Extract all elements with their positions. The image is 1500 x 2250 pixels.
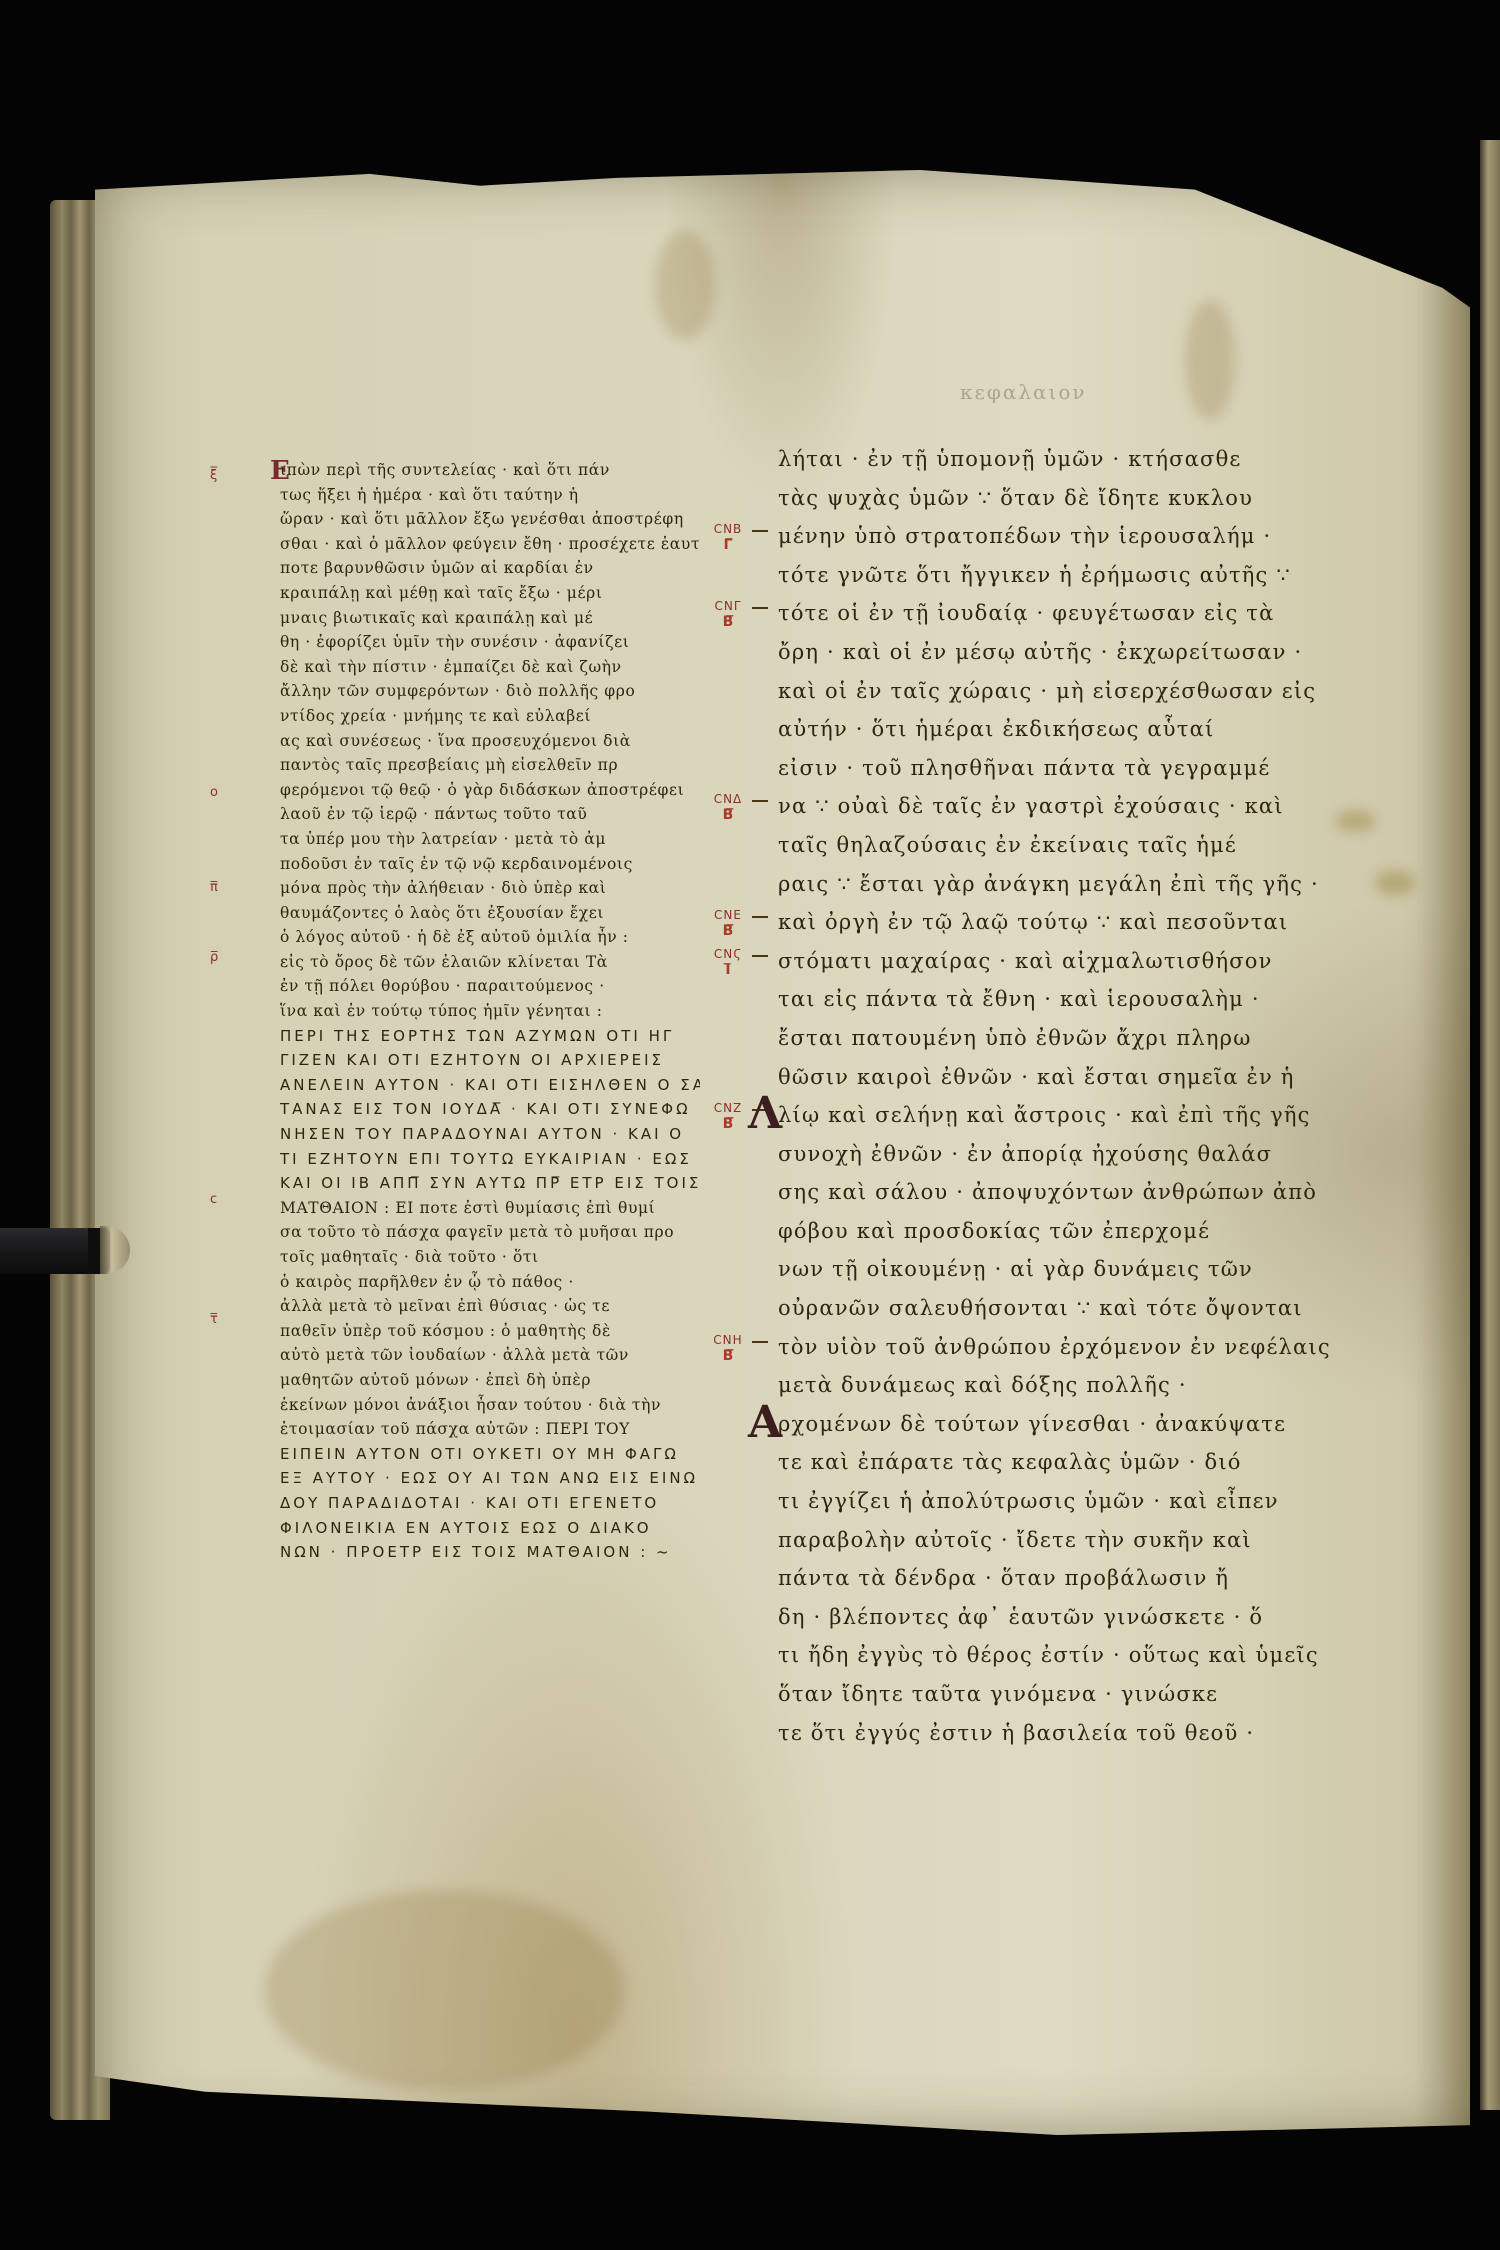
text-line: ΝΩΝ · ΠΡΟΕΤΡ ΕΙΣ ΤΟΙΣ ΜΑΤΘΑΙΟΝ : ~	[280, 1540, 700, 1565]
text-line: θαυμάζοντες ὁ λαὸς ὅτι ἐξουσίαν ἔχει	[280, 901, 700, 926]
text-line: μόνα πρὸς τὴν ἀλήθειαν · διὸ ὑπὲρ καὶ	[280, 876, 700, 901]
text-line: ἑτοιμασίαν τοῦ πάσχα αὐτῶν : ΠΕΡΙ ΤΟΥ	[280, 1417, 700, 1442]
section-number: ϹΝΒ	[708, 521, 748, 537]
text-line: ποδοῦσι ἐν ταῖς ἐν τῷ νῷ κερδαινομένοις	[280, 852, 700, 877]
text-line: ἐκείνων μόνοι ἀνάξιοι ἦσαν τούτου · διὰ …	[280, 1393, 700, 1418]
text-line: παντὸς ταῖς πρεσβείαις μὴ εἰσελθεῖν πρ	[280, 753, 700, 778]
margin-mark: ο	[210, 785, 218, 800]
text-line: παθεῖν ὑπὲρ τοῦ κόσμου : ὁ μαθητὴς δὲ	[280, 1319, 700, 1344]
text-line: ὥραν · καὶ ὅτι μᾶλλον ἔξω γενέσθαι ἀποστ…	[280, 507, 700, 532]
text-line: καὶ ὀργὴ ἐν τῷ λαῷ τούτῳ ∵ καὶ πεσοῦνται	[778, 903, 1378, 942]
eusebian-canon-note: ϹΝΒΓ̅	[708, 521, 748, 553]
text-line: ΓΙΖΕΝ ΚΑΙ ΟΤΙ ΕΖΗΤΟΥΝ ΟΙ ΑΡΧΙΕΡΕΙΣ	[280, 1048, 700, 1073]
text-line: ΝΗΣΕΝ ΤΟΥ ΠΑΡΑΔΟΥΝΑΙ ΑΥΤΟΝ · ΚΑΙ Ο	[280, 1122, 700, 1147]
text-line: ἀλλὰ μετὰ τὸ μεῖναι ἐπὶ θύσιας · ὡς τε	[280, 1294, 700, 1319]
text-line: ὄρη · καὶ οἱ ἐν μέσῳ αὐτῆς · ἐκχωρείτωσα…	[778, 633, 1378, 672]
text-line: σα τοῦτο τὸ πάσχα φαγεῖν μετὰ τὸ μυῆσαι …	[280, 1220, 700, 1245]
text-line: τα ὑπέρ μου τὴν λατρείαν · μετὰ τὸ ἀμ	[280, 827, 700, 852]
text-line: ἄλλην τῶν συμφερόντων · διὸ πολλῆς φρο	[280, 679, 700, 704]
text-line: τε ὅτι ἐγγύς ἐστιν ἡ βασιλεία τοῦ θεοῦ ·	[778, 1714, 1378, 1753]
text-line: ΜΑΤΘΑΙΟΝ : ΕΙ ποτε ἐστὶ θυμίασις ἐπὶ θυμ…	[280, 1196, 700, 1221]
section-marker-dash	[752, 955, 768, 957]
text-line: τε καὶ ἐπάρατε τὰς κεφαλὰς ὑμῶν · διό	[778, 1443, 1378, 1482]
section-number: ϹΝΔ	[708, 791, 748, 807]
text-line: τότε οἱ ἐν τῇ ἰουδαίᾳ · φευγέτωσαν εἰς τ…	[778, 594, 1378, 633]
text-line: κραιπάλῃ καὶ μέθῃ καὶ ταῖς ἔξω · μέρι	[280, 581, 700, 606]
margin-mark: τ̅	[210, 1312, 218, 1327]
text-line: ΠΕΡΙ ΤΗΣ ΕΟΡΤΗΣ ΤΩΝ ΑΖΥΜΩΝ ΟΤΙ ΗΓ	[280, 1024, 700, 1049]
margin-mark: ρ̅	[210, 950, 218, 965]
text-line: ας καὶ συνέσεως · ἵνα προσευχόμενοι διὰ	[280, 729, 700, 754]
text-line: ΤΙ ΕΖΗΤΟΥΝ ΕΠΙ ΤΟΥΤΩ ΕΥΚΑΙΡΙΑΝ · ΕΩΣ	[280, 1147, 700, 1172]
text-line: ἔσται πατουμένη ὑπὸ ἐθνῶν ἄχρι πληρω	[778, 1019, 1378, 1058]
text-line: λίῳ καὶ σελήνῃ καὶ ἄστροις · καὶ ἐπὶ τῆς…	[778, 1096, 1378, 1135]
eusebian-canon-note: ϹΝΖΒ̅	[708, 1100, 748, 1132]
text-line: δη · βλέποντες ἀφ᾽ ἑαυτῶν γινώσκετε · ὅ	[778, 1598, 1378, 1637]
section-number: ϹΝΕ	[708, 907, 748, 923]
text-line: θη · ἐφορίζει ὑμῖν τὴν συνέσιν · ἀφανίζε…	[280, 630, 700, 655]
margin-mark: ξ̅	[210, 468, 217, 483]
text-line: τι ἐγγίζει ἡ ἀπολύτρωσις ὑμῶν · καὶ εἶπε…	[778, 1482, 1378, 1521]
canon-number: Γ̅	[708, 537, 748, 553]
section-marker-dash	[752, 800, 768, 802]
text-line: ιπὼν περὶ τῆς συντελείας · καὶ ὅτι πάν	[280, 458, 700, 483]
text-line: αὐτὸ μετὰ τῶν ἰουδαίων · ἀλλὰ μετὰ τῶν	[280, 1343, 700, 1368]
stain	[655, 230, 715, 340]
margin-mark: ϲ	[210, 1192, 217, 1207]
text-line: ταῖς θηλαζούσαις ἐν ἐκείναις ταῖς ἡμέ	[778, 826, 1378, 865]
stain	[1375, 870, 1415, 896]
text-line: πάντα τὰ δένδρα · ὅταν προβάλωσιν ἤ	[778, 1559, 1378, 1598]
canon-number: Β̅	[708, 1116, 748, 1132]
text-line: εἰς τὸ ὄρος δὲ τῶν ἐλαιῶν κλίνεται Τὰ	[280, 950, 700, 975]
canon-number: Ι̅	[708, 962, 748, 978]
canon-number: Β̅	[708, 807, 748, 823]
text-line: τι ἤδη ἐγγὺς τὸ θέρος ἐστίν · οὕτως καὶ …	[778, 1636, 1378, 1675]
canon-number: Β̅	[708, 614, 748, 630]
stain	[1185, 300, 1235, 420]
text-line: τὸν υἱὸν τοῦ ἀνθρώπου ἐρχόμενον ἐν νεφέλ…	[778, 1328, 1378, 1367]
text-line: ρχομένων δὲ τούτων γίνεσθαι · ἀνακύψατε	[778, 1405, 1378, 1444]
decorated-initial: Α	[748, 1397, 782, 1448]
text-line: ἐν τῇ πόλει θορύβου · παραιτούμενος ·	[280, 974, 700, 999]
text-line: μαθητῶν αὐτοῦ μόνων · ἐπεὶ δὴ ὑπὲρ	[280, 1368, 700, 1393]
text-line: σθαι · καὶ ὁ μᾶλλον φεύγειν ἔθη · προσέχ…	[280, 532, 700, 557]
show-through-text: κεφαλαιον	[960, 380, 1087, 404]
section-marker-dash	[752, 607, 768, 609]
text-line: φερόμενοι τῷ θεῷ · ὁ γὰρ διδάσκων ἀποστρ…	[280, 778, 700, 803]
text-line: τοῖς μαθηταῖς · διὰ τοῦτο · ὅτι	[280, 1245, 700, 1270]
text-line: μετὰ δυνάμεως καὶ δόξης πολλῆς ·	[778, 1366, 1378, 1405]
text-line: καὶ οἱ ἐν ταῖς χώραις · μὴ εἰσερχέσθωσαν…	[778, 672, 1378, 711]
text-line: ἵνα καὶ ἐν τούτῳ τύπος ἡμῖν γένηται :	[280, 999, 700, 1024]
section-number: ϹΝΗ	[708, 1332, 748, 1348]
text-line: φόβου καὶ προσδοκίας τῶν ἐπερχομέ	[778, 1212, 1378, 1251]
text-line: συνοχὴ ἐθνῶν · ἐν ἀπορίᾳ ἠχούσης θαλάσ	[778, 1135, 1378, 1174]
text-line: αὐτήν · ὅτι ἡμέραι ἐκδικήσεως αὗταί	[778, 710, 1378, 749]
eusebian-canon-note: ϹΝϚΙ̅	[708, 946, 748, 978]
canon-number: Β̅	[708, 923, 748, 939]
text-line: ραις ∵ ἔσται γὰρ ἀνάγκη μεγάλη ἐπὶ τῆς γ…	[778, 865, 1378, 904]
text-line: δὲ καὶ τὴν πίστιν · ἐμπαίζει δὲ καὶ ζωὴν	[280, 655, 700, 680]
canon-number: Β̅	[708, 1348, 748, 1364]
text-line: μναις βιωτικαῖς καὶ κραιπάλῃ καὶ μέ	[280, 606, 700, 631]
text-line: να ∵ οὐαὶ δὲ ταῖς ἐν γαστρὶ ἐχούσαις · κ…	[778, 787, 1378, 826]
text-line: ΔΟΥ ΠΑΡΑΔΙΔΟΤΑΙ · ΚΑΙ ΟΤΙ ΕΓΕΝΕΤΟ	[280, 1491, 700, 1516]
section-number: ϹΝΓ	[708, 598, 748, 614]
text-line: λήται · ἐν τῇ ὑπομονῇ ὑμῶν · κτήσασθε	[778, 440, 1378, 479]
text-line: νων τῇ οἰκουμένῃ · αἱ γὰρ δυνάμεις τῶν	[778, 1250, 1378, 1289]
eusebian-canon-note: ϹΝΓΒ̅	[708, 598, 748, 630]
text-line: ΑΝΕΛΕΙΝ ΑΥΤΟΝ · ΚΑΙ ΟΤΙ ΕΙΣΗΛΘΕΝ Ο ΣΑ	[280, 1073, 700, 1098]
text-line: ὅταν ἴδητε ταῦτα γινόμενα · γινώσκε	[778, 1675, 1378, 1714]
text-line: ται εἰς πάντα τὰ ἔθνη · καὶ ἱερουσαλὴμ ·	[778, 980, 1378, 1019]
text-line: μένην ὑπὸ στρατοπέδων τὴν ἱερουσαλήμ ·	[778, 517, 1378, 556]
left-text-column: ιπὼν περὶ τῆς συντελείας · καὶ ὅτι πάντω…	[280, 458, 700, 1565]
text-line: τότε γνῶτε ὅτι ἤγγικεν ἡ ἐρήμωσις αὐτῆς …	[778, 556, 1378, 595]
section-number: ϹΝΖ	[708, 1100, 748, 1116]
text-line: ΕΙΠΕΙΝ ΑΥΤΟΝ ΟΤΙ ΟΥΚΕΤΙ ΟΥ ΜΗ ΦΑΓΩ	[280, 1442, 700, 1467]
page-stack-right-edge	[1480, 140, 1500, 2110]
text-line: ὁ λόγος αὐτοῦ · ἡ δὲ ἐξ αὐτοῦ ὁμιλία ἦν …	[280, 925, 700, 950]
eusebian-canon-note: ϹΝΗΒ̅	[708, 1332, 748, 1364]
eusebian-canon-note: ϹΝΕΒ̅	[708, 907, 748, 939]
section-number: ϹΝϚ	[708, 946, 748, 962]
text-line: ΦΙΛΟΝΕΙΚΙΑ ΕΝ ΑΥΤΟΙΣ ΕΩΣ Ο ΔΙΑΚΟ	[280, 1516, 700, 1541]
right-text-column: λήται · ἐν τῇ ὑπομονῇ ὑμῶν · κτήσασθετὰς…	[778, 440, 1378, 1752]
text-line: στόματι μαχαίρας · καὶ αἰχμαλωτισθήσον	[778, 942, 1378, 981]
text-line: ΚΑΙ ΟΙ ΙΒ ΑΠΠ̅ ΣΥΝ ΑΥΤΩ ΠΡ̅ ΕΤΡ ΕΙΣ ΤΟΙΣ	[280, 1171, 700, 1196]
decorated-initial: Λ	[748, 1088, 782, 1139]
text-line: ΤΑΝΑΣ ΕΙΣ ΤΟΝ ΙΟΥΔΑ̅ · ΚΑΙ ΟΤΙ ΣΥΝΕΦΩ	[280, 1097, 700, 1122]
text-line: οὐρανῶν σαλευθήσονται ∵ καὶ τότε ὄψονται	[778, 1289, 1378, 1328]
text-line: τως ἥξει ἡ ἡμέρα · καὶ ὅτι ταύτην ἡ	[280, 483, 700, 508]
text-line: λαοῦ ἐν τῷ ἱερῷ · πάντως τοῦτο ταῦ	[280, 802, 700, 827]
section-marker-dash	[752, 916, 768, 918]
text-line: θῶσιν καιροὶ ἐθνῶν · καὶ ἔσται σημεῖα ἐν…	[778, 1058, 1378, 1097]
text-line: σης καὶ σάλου · ἀποψυχόντων ἀνθρώπων ἀπὸ	[778, 1173, 1378, 1212]
text-line: παραβολὴν αὐτοῖς · ἴδετε τὴν συκῆν καὶ	[778, 1521, 1378, 1560]
section-marker-dash	[752, 530, 768, 532]
text-line: ποτε βαρυνθῶσιν ὑμῶν αἱ καρδίαι ἐν	[280, 556, 700, 581]
text-line: ντίδος χρεία · μνήμης τε καὶ εὐλαβεί	[280, 704, 700, 729]
book-weight-band	[88, 1228, 100, 1274]
text-line: τὰς ψυχὰς ὑμῶν ∵ ὅταν δὲ ἴδητε κυκλου	[778, 479, 1378, 518]
text-line: ὁ καιρὸς παρῆλθεν ἐν ᾧ τὸ πάθος ·	[280, 1270, 700, 1295]
margin-mark: π̅	[210, 880, 218, 895]
text-line: εἰσιν · τοῦ πλησθῆναι πάντα τὰ γεγραμμέ	[778, 749, 1378, 788]
text-line: ΕΞ ΑΥΤΟΥ · ΕΩΣ ΟΥ ΑΙ ΤΩΝ ΑΝΩ ΕΙΣ ΕΙΝΩ	[280, 1466, 700, 1491]
eusebian-canon-note: ϹΝΔΒ̅	[708, 791, 748, 823]
section-marker-dash	[752, 1341, 768, 1343]
water-stain	[265, 1890, 625, 2090]
